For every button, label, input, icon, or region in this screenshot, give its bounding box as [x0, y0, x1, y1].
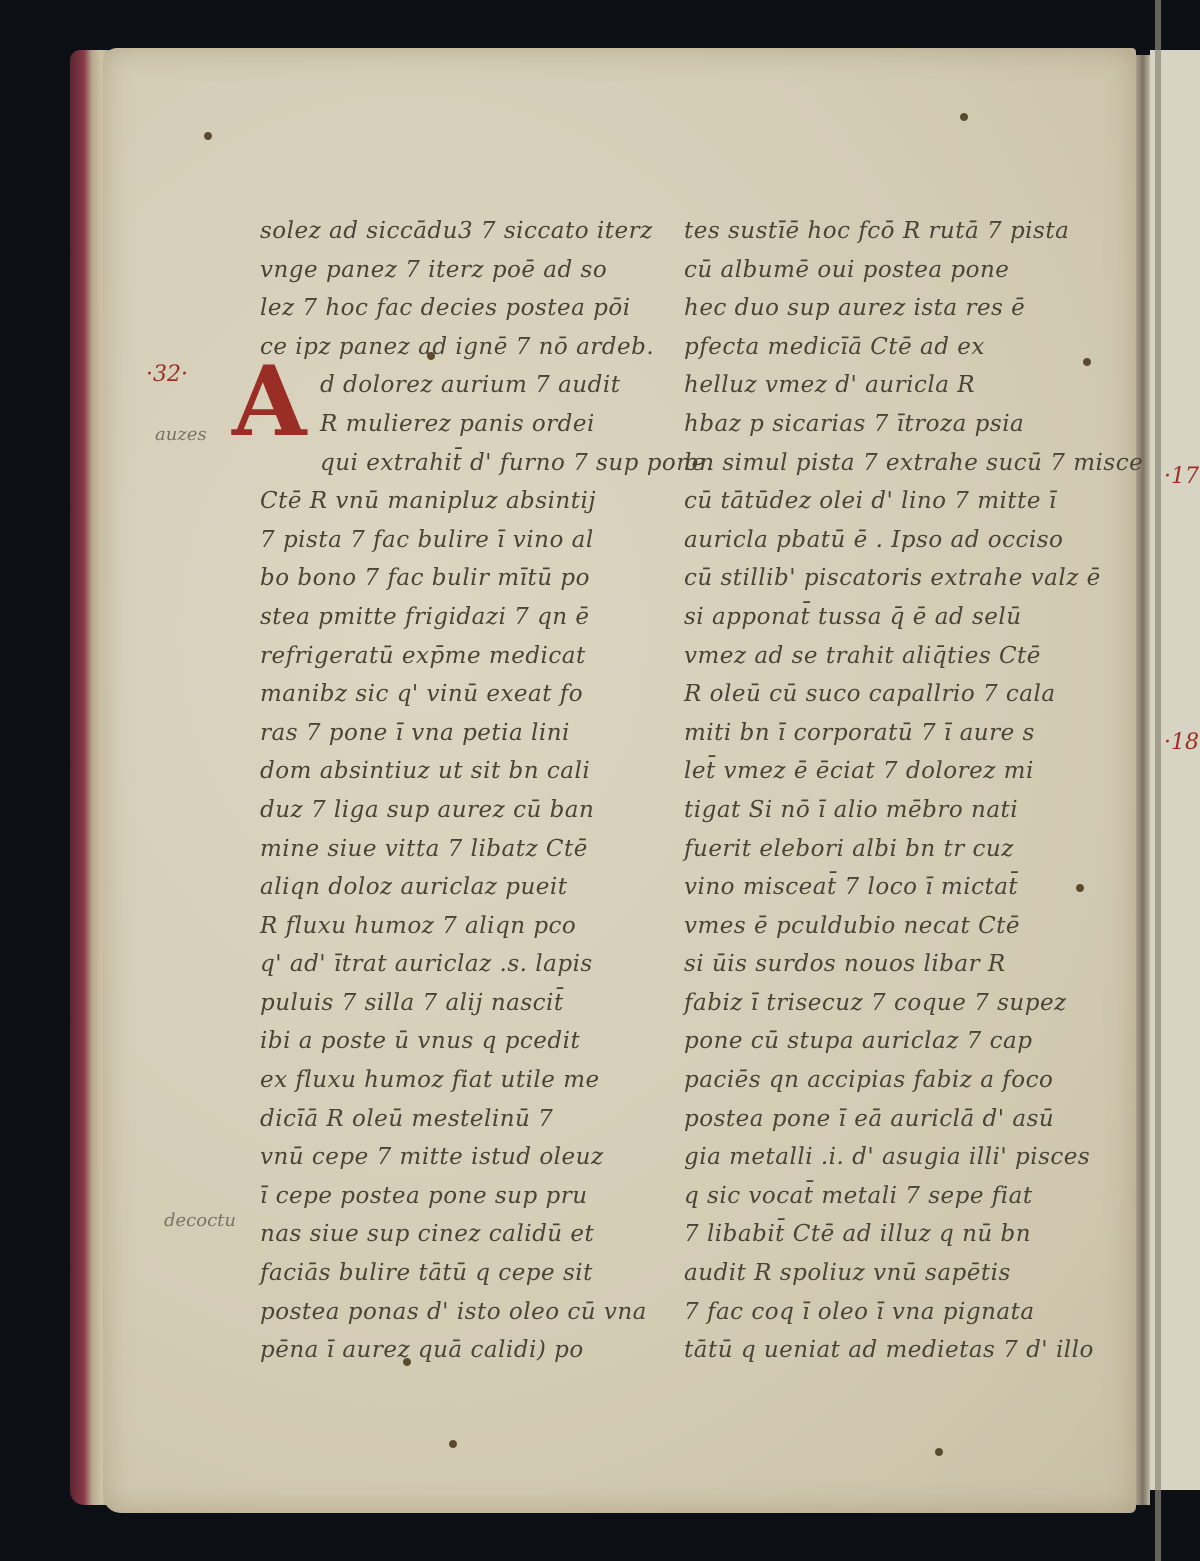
- margin-note: decoctu: [164, 1210, 236, 1231]
- folio-section-number: ·32·: [146, 362, 188, 387]
- manuscript-line: puluis 7 silla 7 alij nascit̄: [260, 984, 640, 1023]
- wormhole: [1083, 358, 1091, 366]
- manuscript-line: si ūis surdos nouos libar R: [684, 945, 1064, 984]
- manuscript-line: bo bono 7 fac bulir mītū po: [260, 559, 640, 598]
- manuscript-line: miti bn ī corporatū 7 ī aure s: [684, 714, 1064, 753]
- manuscript-line: q sic vocat̄ metali 7 sepe fiat: [684, 1177, 1064, 1216]
- manuscript-line: 7 fac coq ī oleo ī vna pignata: [684, 1293, 1064, 1332]
- manuscript-line: dicīā R oleū mestelinū 7: [260, 1100, 640, 1139]
- manuscript-line: pēna ī aurez quā calidi) po: [260, 1331, 640, 1370]
- manuscript-line: let̄ vmez ē ēciat 7 dolorez mi: [684, 752, 1064, 791]
- manuscript-line: ras 7 pone ī vna petia lini: [260, 714, 640, 753]
- manuscript-line: helluz vmez d' auricla R: [684, 366, 1064, 405]
- manuscript-line: vino misceat̄ 7 loco ī mictat̄: [684, 868, 1064, 907]
- manuscript-line: R mulierez panis ordei: [260, 405, 640, 444]
- manuscript-line: fuerit elebori albi bn tr cuz: [684, 830, 1064, 869]
- manuscript-line: paciēs qn accipias fabiz a foco: [684, 1061, 1064, 1100]
- manuscript-line: postea ponas d' isto oleo cū vna: [260, 1293, 640, 1332]
- manuscript-line: fabiz ī trisecuz 7 coque 7 supez: [684, 984, 1064, 1023]
- manuscript-line: aliqn doloz auriclaz pueit: [260, 868, 640, 907]
- manuscript-line: gia metalli .i. d' asugia illi' pisces: [684, 1138, 1064, 1177]
- text-column-right: tes sustīē hoc fcō R rutā 7 pistacū albu…: [684, 212, 1064, 1370]
- manuscript-line: faciās bulire tātū q cepe sit: [260, 1254, 640, 1293]
- manuscript-line: 7 libabit̄ Ctē ad illuz q nū bn: [684, 1215, 1064, 1254]
- wormhole: [449, 1440, 457, 1448]
- facing-section-number: ·18·: [1164, 730, 1200, 755]
- wormhole: [204, 132, 212, 140]
- manuscript-line: 7 pista 7 fac bulire ī vino al: [260, 521, 640, 560]
- manuscript-line: ibi a poste ū vnus q pcedit: [260, 1022, 640, 1061]
- manuscript-line: audit R spoliuz vnū sapētis: [684, 1254, 1064, 1293]
- glass-plate-edge: [1155, 0, 1161, 1561]
- manuscript-line: R fluxu humoz 7 aliqn pco: [260, 907, 640, 946]
- manuscript-line: bn simul pista 7 extrahe sucū 7 misce: [684, 444, 1064, 483]
- manuscript-line: vmes ē pculdubio necat Ctē: [684, 907, 1064, 946]
- manuscript-line: vmez ad se trahit aliq̄ties Ctē: [684, 637, 1064, 676]
- manuscript-line: stea pmitte frigidazi 7 qn ē: [260, 598, 640, 637]
- manuscript-line: cū albumē oui postea pone: [684, 251, 1064, 290]
- manuscript-line: mine siue vitta 7 libatz Ctē: [260, 830, 640, 869]
- manuscript-line: auricla pbatū ē . Ipso ad occiso: [684, 521, 1064, 560]
- manuscript-line: dom absintiuz ut sit bn cali: [260, 752, 640, 791]
- text-column-left: solez ad siccādu3 7 siccato iterzvnge pa…: [260, 212, 640, 1370]
- wormhole: [960, 113, 968, 121]
- manuscript-line: solez ad siccādu3 7 siccato iterz: [260, 212, 640, 251]
- manuscript-line: ex fluxu humoz fiat utile me: [260, 1061, 640, 1100]
- wormhole: [935, 1448, 943, 1456]
- manuscript-line: R oleū cū suco capallrio 7 cala: [684, 675, 1064, 714]
- manuscript-line: pfecta medicīā Ctē ad ex: [684, 328, 1064, 367]
- margin-note: auzes: [155, 424, 207, 445]
- manuscript-line: tātū q ueniat ad medietas 7 d' illo: [684, 1331, 1064, 1370]
- manuscript-line: cū stillib' piscatoris extrahe valz ē: [684, 559, 1064, 598]
- manuscript-line: tes sustīē hoc fcō R rutā 7 pista: [684, 212, 1064, 251]
- manuscript-line: refrigeratū exp̄me medicat: [260, 637, 640, 676]
- manuscript-line: Ctē R vnū manipluz absintij: [260, 482, 640, 521]
- manuscript-line: ce ipz panez ad ignē 7 nō ardeb.: [260, 328, 640, 367]
- manuscript-line: d dolorez aurium 7 audit: [260, 366, 640, 405]
- manuscript-line: manibz sic q' vinū exeat fo: [260, 675, 640, 714]
- facing-section-number: ·17·: [1164, 464, 1200, 489]
- manuscript-line: hbaz p sicarias 7 ītroza psia: [684, 405, 1064, 444]
- manuscript-line: nas siue sup cinez calidū et: [260, 1215, 640, 1254]
- manuscript-line: ī cepe postea pone sup pru: [260, 1177, 640, 1216]
- manuscript-line: q' ad' ītrat auriclaz .s. lapis: [260, 945, 640, 984]
- manuscript-line: pone cū stupa auriclaz 7 cap: [684, 1022, 1064, 1061]
- manuscript-line: vnū cepe 7 mitte istud oleuz: [260, 1138, 640, 1177]
- manuscript-line: lez 7 hoc fac decies postea pōi: [260, 289, 640, 328]
- manuscript-line: duz 7 liga sup aurez cū ban: [260, 791, 640, 830]
- manuscript-line: cū tātūdez olei d' lino 7 mitte ī: [684, 482, 1064, 521]
- manuscript-line: qui extrahit̄ d' furno 7 sup pone.: [260, 444, 640, 483]
- wormhole: [1076, 884, 1084, 892]
- manuscript-line: tigat Si nō ī alio mēbro nati: [684, 791, 1064, 830]
- page-gutter: [1136, 55, 1150, 1505]
- manuscript-line: vnge panez 7 iterz poē ad so: [260, 251, 640, 290]
- manuscript-line: postea pone ī eā auriclā d' asū: [684, 1100, 1064, 1139]
- manuscript-line: hec duo sup aurez ista res ē: [684, 289, 1064, 328]
- manuscript-line: si apponat̄ tussa q̄ ē ad selū: [684, 598, 1064, 637]
